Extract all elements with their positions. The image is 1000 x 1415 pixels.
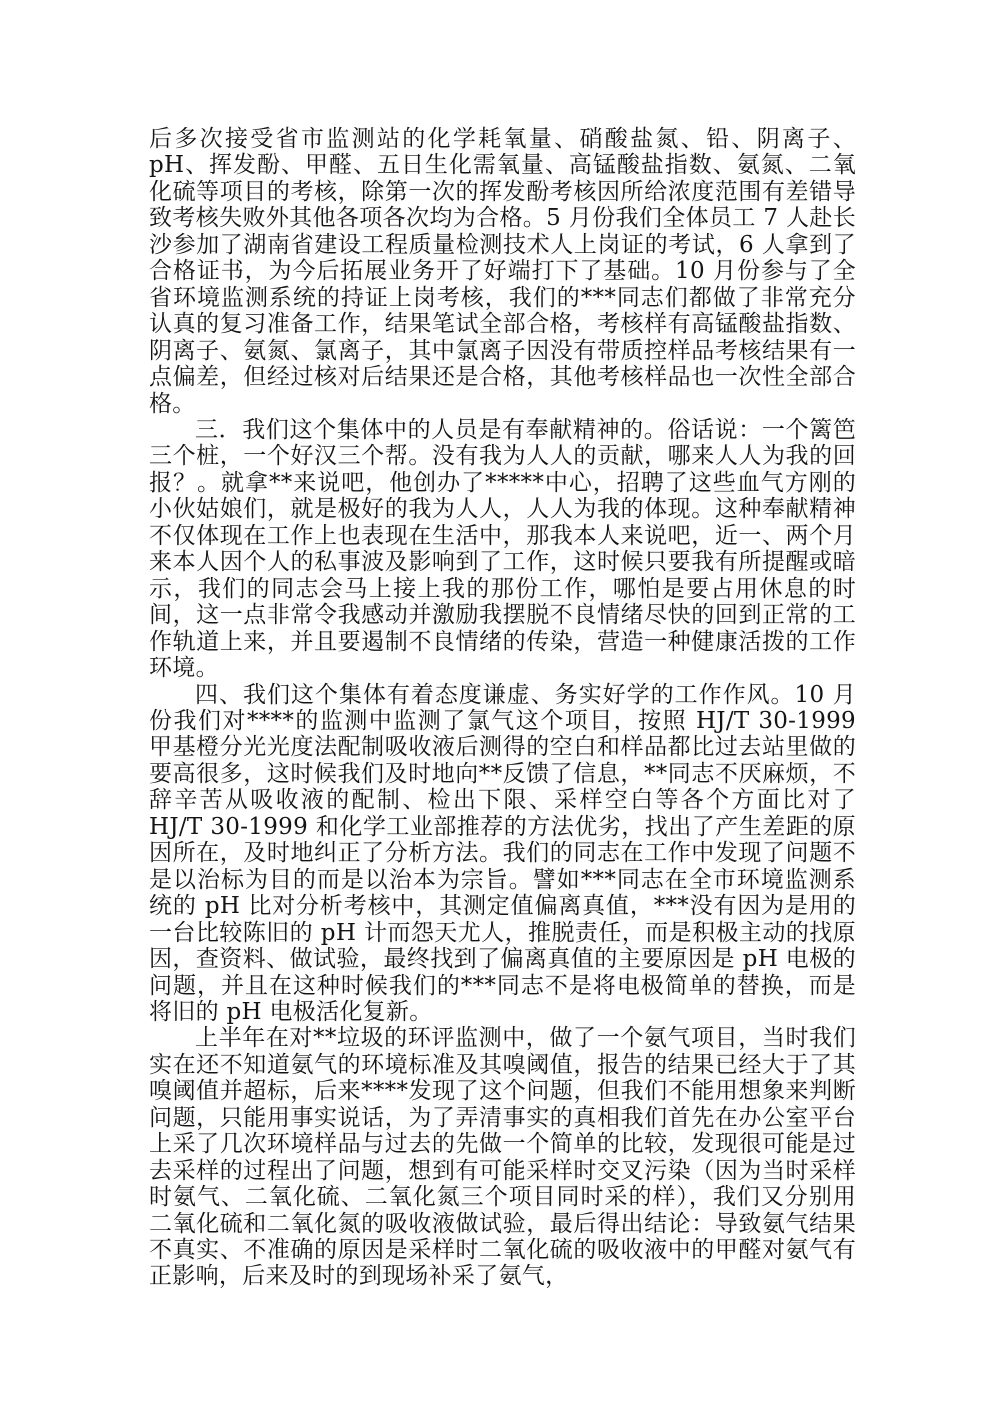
document-text-block: 后多次接受省市监测站的化学耗氧量、硝酸盐氮、铅、阴离子、pH、挥发酚、甲醛、五日… [149,126,856,1290]
document-page: 后多次接受省市监测站的化学耗氧量、硝酸盐氮、铅、阴离子、pH、挥发酚、甲醛、五日… [0,0,1000,1415]
paragraph-section-four: 四、我们这个集体有着态度谦虚、务实好学的工作作风。10 月份我们对****的监测… [149,682,856,1026]
paragraph-continuation: 后多次接受省市监测站的化学耗氧量、硝酸盐氮、铅、阴离子、pH、挥发酚、甲醛、五日… [149,126,856,417]
paragraph-section-three: 三．我们这个集体中的人员是有奉献精神的。俗话说：一个篱笆三个桩，一个好汉三个帮。… [149,417,856,682]
paragraph-ammonia-case: 上半年在对**垃圾的环评监测中，做了一个氨气项目，当时我们实在还不知道氨气的环境… [149,1025,856,1290]
